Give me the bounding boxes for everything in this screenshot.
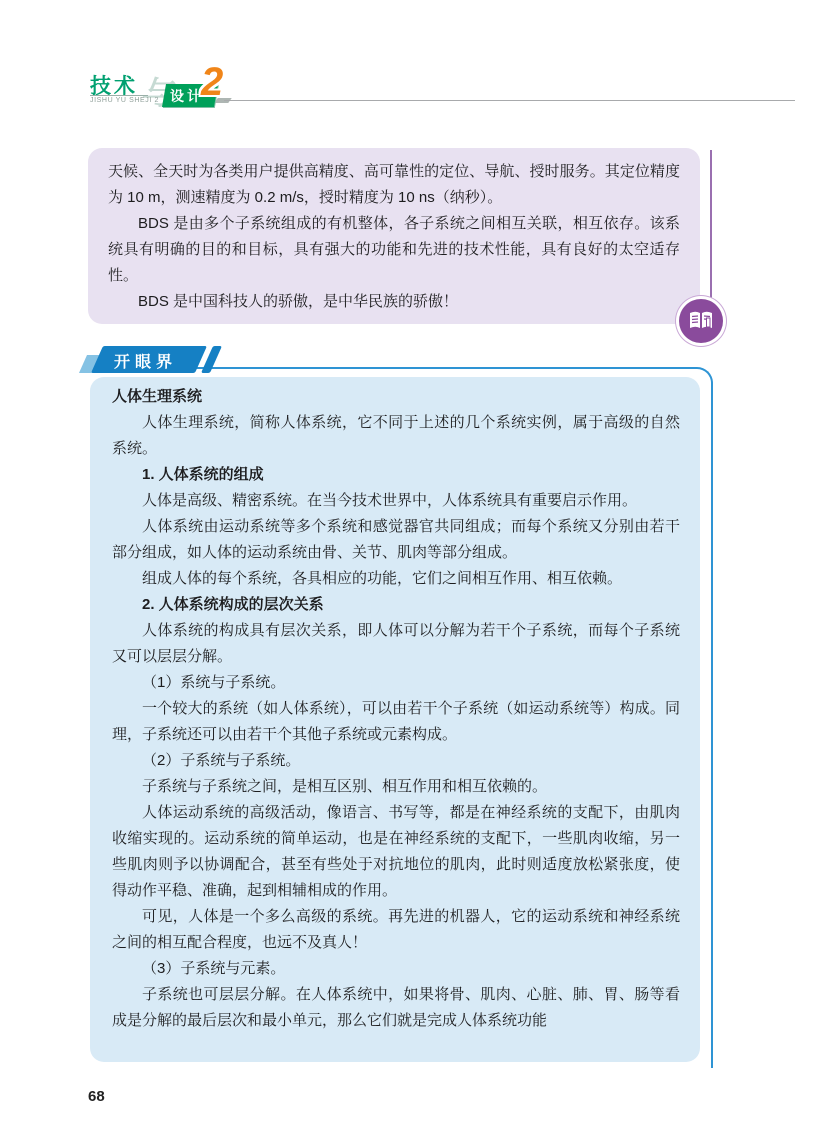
logo-pinyin-text: JISHU YU SHEJI 2 (90, 97, 159, 104)
eye-opener-paragraph: 可见，人体是一个多么高级的系统。再先进的机器人，它的运动系统和神经系统之间的相互… (112, 904, 680, 956)
eye-opener-paragraph: 组成人体的每个系统，各具相应的功能，它们之间相互作用、相互依赖。 (112, 566, 680, 592)
eye-opener-tab: 开眼界 (88, 346, 224, 373)
open-book-icon (688, 311, 714, 331)
eye-opener-paragraph: 人体生理系统，简称人体系统，它不同于上述的几个系统实例，属于高级的自然系统。 (112, 410, 680, 462)
book-logo: 与 技术 JISHU YU SHEJI 2 设计 2 (88, 68, 228, 116)
eye-opener-paragraph: 一个较大的系统（如人体系统），可以由若干个子系统（如运动系统等）构成。同理，子系… (112, 696, 680, 748)
logo-underline (90, 95, 148, 96)
eye-opener-box: 人体生理系统 人体生理系统，简称人体系统，它不同于上述的几个系统实例，属于高级的… (90, 377, 700, 1062)
eye-opener-paragraph: （2）子系统与子系统。 (112, 748, 680, 774)
eye-opener-paragraph: 1. 人体系统的组成 (112, 462, 680, 488)
eye-opener-paragraph: （3）子系统与元素。 (112, 956, 680, 982)
purple-accent-line (710, 150, 712, 322)
eye-opener-tab-label: 开眼界 (114, 349, 177, 372)
page-number: 68 (88, 1088, 105, 1105)
eye-opener-body: 人体生理系统，简称人体系统，它不同于上述的几个系统实例，属于高级的自然系统。 1… (112, 410, 680, 1034)
eye-opener-paragraph: 2. 人体系统构成的层次关系 (112, 592, 680, 618)
reading-badge (679, 299, 723, 343)
eye-opener-paragraph: 子系统也可层层分解。在人体系统中，如果将骨、肌肉、心脏、肺、胃、肠等看成是分解的… (112, 982, 680, 1034)
eye-opener-paragraph: （1）系统与子系统。 (112, 670, 680, 696)
beidou-text-box: 天候、全天时为各类用户提供高精度、高可靠性的定位、导航、授时服务。其定位精度为 … (88, 148, 700, 324)
eye-opener-paragraph: 人体系统由运动系统等多个系统和感觉器官共同组成；而每个系统又分别由若干部分组成，… (112, 514, 680, 566)
eye-opener-paragraph: 子系统与子系统之间，是相互区别、相互作用和相互依赖的。 (112, 774, 680, 800)
logo-volume-number: 2 (201, 60, 223, 105)
beidou-paragraph: BDS 是中国科技人的骄傲，是中华民族的骄傲！ (108, 289, 680, 315)
beidou-paragraph: BDS 是由多个子系统组成的有机整体，各子系统之间相互关联，相互依存。该系统具有… (108, 211, 680, 289)
beidou-paragraph: 天候、全天时为各类用户提供高精度、高可靠性的定位、导航、授时服务。其定位精度为 … (108, 159, 680, 211)
eye-opener-paragraph: 人体是高级、精密系统。在当今技术世界中，人体系统具有重要启示作用。 (112, 488, 680, 514)
logo-sheji-text: 设计 (170, 86, 204, 106)
eye-opener-paragraph: 人体运动系统的高级活动，像语言、书写等，都是在神经系统的支配下，由肌肉收缩实现的… (112, 800, 680, 904)
eye-opener-paragraph: 人体系统的构成具有层次关系，即人体可以分解为若干个子系统，而每个子系统又可以层层… (112, 618, 680, 670)
eye-opener-title: 人体生理系统 (112, 384, 680, 410)
header-divider-line (224, 100, 795, 101)
